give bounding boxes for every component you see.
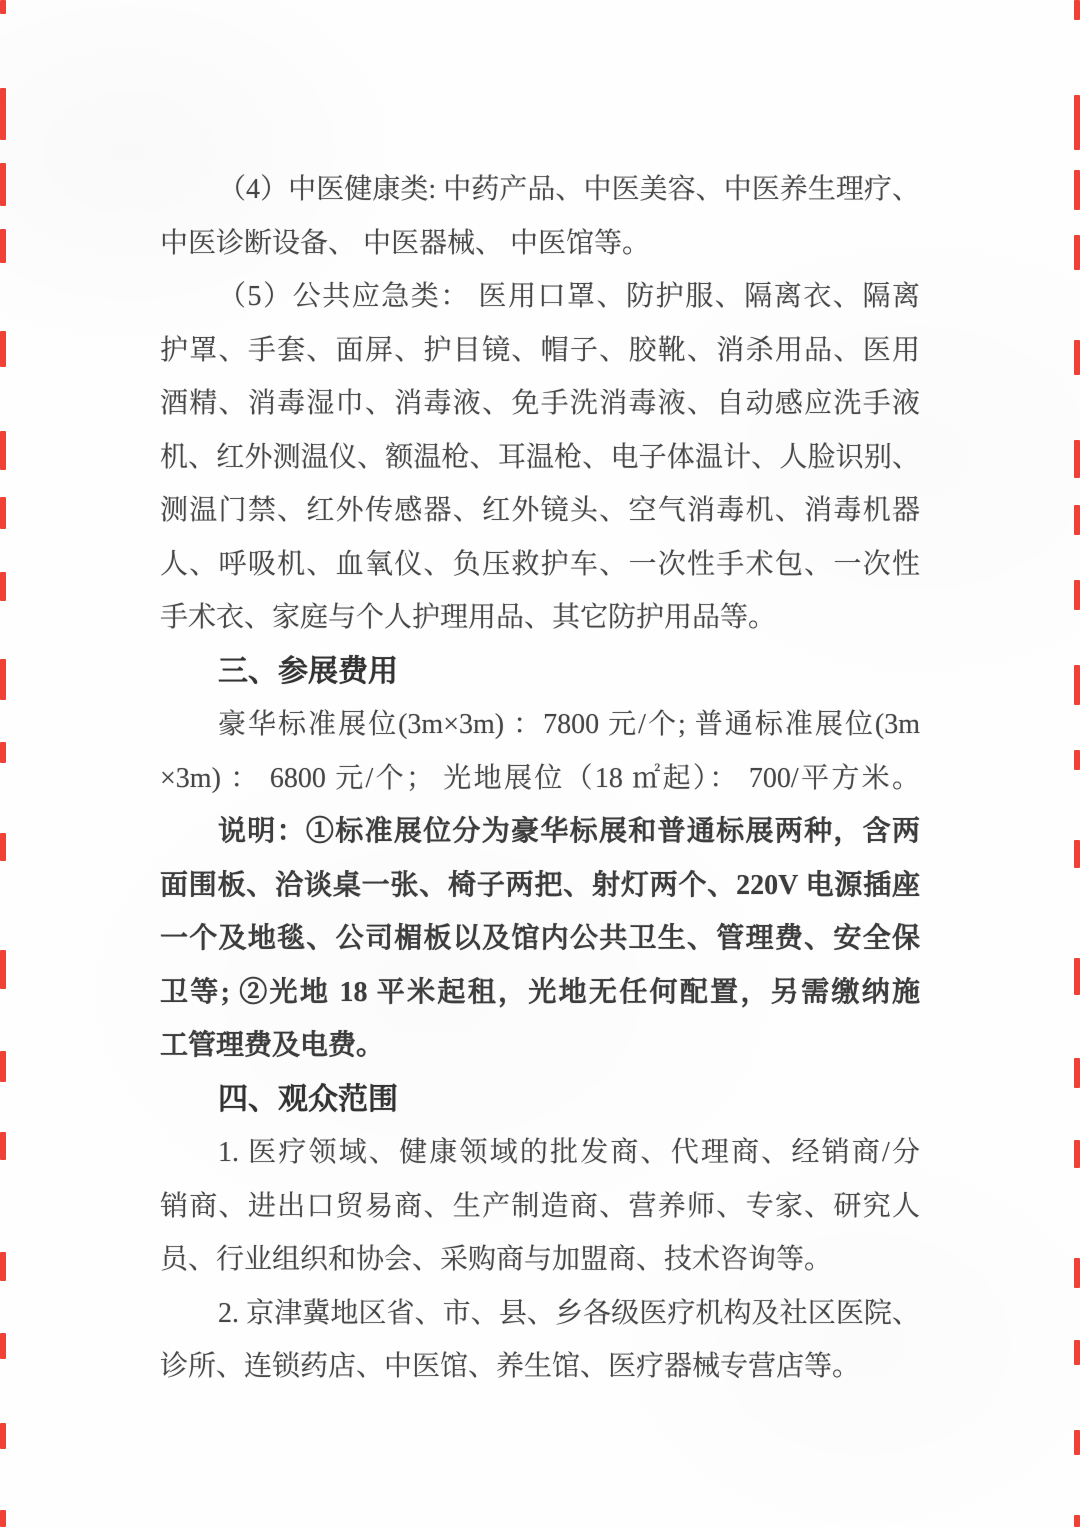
document-line: 销商、进出口贸易商、生产制造商、营养师、专家、研究人	[160, 1180, 920, 1234]
edge-mark-right	[1074, 1058, 1080, 1088]
edge-mark-left	[0, 950, 6, 989]
edge-mark-right	[1074, 505, 1080, 535]
document-line: （5）公共应急类： 医用口罩、防护服、隔离衣、隔离	[160, 270, 920, 324]
edge-mark-right	[1074, 1515, 1080, 1527]
document-line: 中医诊断设备、 中医器械、 中医馆等。	[160, 217, 920, 271]
edge-mark-left	[0, 1051, 6, 1082]
document-line: 员、行业组织和协会、采购商与加盟商、技术咨询等。	[160, 1233, 920, 1287]
edge-mark-left	[0, 1132, 6, 1160]
document-line: 卫等; ②光地 18 平米起租，光地无任何配置，另需缴纳施	[160, 966, 920, 1020]
edge-mark-left	[0, 572, 6, 601]
document-line: 2. 京津冀地区省、市、县、乡各级医疗机构及社区医院、	[160, 1287, 920, 1341]
edge-mark-left	[0, 497, 6, 529]
document-line: 机、红外测温仪、额温枪、耳温枪、电子体温计、人脸识别、	[160, 431, 920, 485]
edge-mark-right	[1074, 0, 1080, 20]
section-heading-fees: 三、参展费用	[160, 645, 920, 699]
edge-mark-right	[1074, 440, 1080, 478]
document-line: 护罩、手套、面屏、护目镜、帽子、胶靴、消杀用品、医用	[160, 324, 920, 378]
document-body: （4）中医健康类: 中药产品、中医美容、中医养生理疗、中医诊断设备、 中医器械、…	[160, 163, 920, 1394]
document-line: 手术衣、家庭与个人护理用品、其它防护用品等。	[160, 591, 920, 645]
document-line: 豪华标准展位(3m×3m) ：7800 元/个; 普通标准展位(3m	[160, 698, 920, 752]
document-line: 酒精、消毒湿巾、消毒液、免手洗消毒液、自动感应洗手液	[160, 377, 920, 431]
document-line: 说明：①标准展位分为豪华标展和普通标展两种，含两	[160, 805, 920, 859]
document-line: 人、呼吸机、血氧仪、负压救护车、一次性手术包、一次性	[160, 538, 920, 592]
document-line: （4）中医健康类: 中药产品、中医美容、中医养生理疗、	[160, 163, 920, 217]
edge-mark-left	[0, 1510, 6, 1527]
edge-mark-right	[1074, 1140, 1080, 1168]
edge-mark-right	[1074, 1430, 1080, 1455]
edge-mark-right	[1074, 580, 1080, 610]
edge-mark-left	[0, 1333, 6, 1359]
edge-mark-right	[1074, 235, 1080, 270]
document-line: ×3m) ： 6800 元/个； 光地展位（18 ㎡起）： 700/平方米。	[160, 752, 920, 806]
edge-mark-left	[0, 431, 6, 470]
document-line: 诊所、连锁药店、中医馆、养生馆、医疗器械专营店等。	[160, 1340, 920, 1394]
edge-mark-left	[0, 833, 6, 861]
edge-mark-right	[1074, 840, 1080, 868]
document-line: 测温门禁、红外传感器、红外镜头、空气消毒机、消毒机器	[160, 484, 920, 538]
edge-mark-right	[1074, 1340, 1080, 1365]
edge-mark-left	[0, 88, 6, 140]
edge-mark-right	[1074, 665, 1080, 705]
document-line: 1. 医疗领域、健康领域的批发商、代理商、经销商/分	[160, 1126, 920, 1180]
edge-mark-left	[0, 229, 6, 263]
section-heading-audience: 四、观众范围	[160, 1073, 920, 1127]
edge-mark-left	[0, 742, 6, 763]
edge-mark-right	[1074, 340, 1080, 375]
edge-mark-left	[0, 659, 6, 700]
edge-mark-right	[1074, 170, 1080, 210]
document-page: （4）中医健康类: 中药产品、中医美容、中医养生理疗、中医诊断设备、 中医器械、…	[0, 0, 1080, 1527]
edge-mark-left	[0, 1252, 6, 1281]
document-line: 工管理费及电费。	[160, 1019, 920, 1073]
edge-mark-right	[1074, 958, 1080, 995]
edge-mark-left	[0, 163, 6, 206]
edge-mark-right	[1074, 95, 1080, 150]
edge-mark-left	[0, 331, 6, 367]
edge-mark-left	[0, 0, 6, 14]
edge-mark-left	[0, 1423, 6, 1449]
edge-mark-right	[1074, 1258, 1080, 1288]
edge-mark-right	[1074, 750, 1080, 770]
document-line: 面围板、洽谈桌一张、椅子两把、射灯两个、220V 电源插座	[160, 859, 920, 913]
document-line: 一个及地毯、公司楣板以及馆内公共卫生、管理费、安全保	[160, 912, 920, 966]
